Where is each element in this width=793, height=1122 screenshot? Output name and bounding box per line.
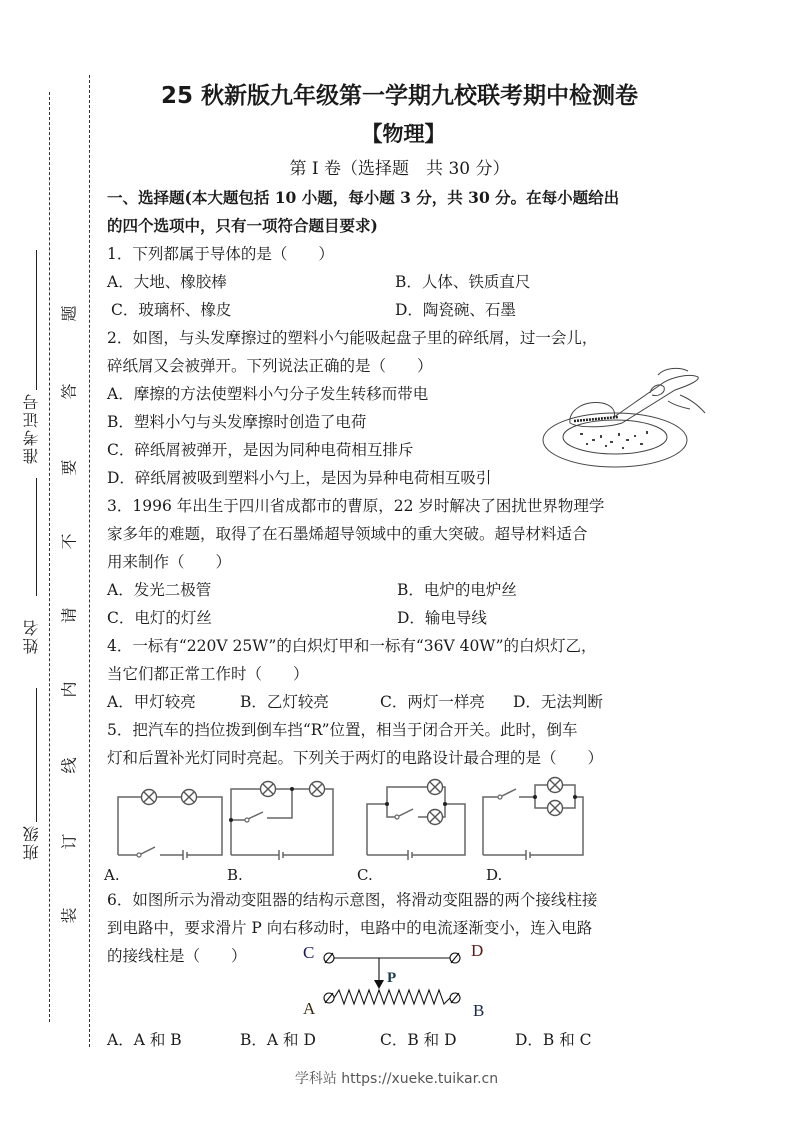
warning-char: 订	[57, 832, 80, 852]
spoon-plate-illustration	[540, 365, 710, 475]
option-c: C．玻璃杯、橡皮	[107, 296, 395, 324]
subject-title: 【物理】	[115, 114, 692, 154]
question-5-stem-cont: 灯和后置补光灯同时亮起。下列关于两灯的电路设计最合理的是（ ）	[107, 744, 692, 772]
binding-line-outer	[49, 92, 50, 1022]
class-label: 班级	[20, 824, 43, 860]
option-b: B．电炉的电炉丝	[397, 576, 517, 604]
option-a: A．大地、橡胶棒	[107, 268, 395, 296]
question-3-options-row1: A．发光二极管 B．电炉的电炉丝	[107, 576, 692, 604]
question-3-stem-cont: 用来制作（ ）	[107, 548, 692, 576]
slider-p-label: P	[387, 970, 396, 986]
circuit-option-d: D.	[486, 866, 502, 884]
warning-char: 请	[57, 606, 80, 626]
name-label: 姓名	[20, 618, 43, 654]
warning-char: 装	[57, 906, 80, 926]
option-d: D．陶瓷碗、石墨	[395, 296, 516, 324]
exam-title: 25 秋新版九年级第一学期九校联考期中检测卷	[107, 78, 692, 114]
option-d: D．无法判断	[513, 688, 603, 716]
circuit-diagrams	[105, 775, 605, 860]
question-2-stem: 2．如图，与头发摩擦过的塑料小勺能吸起盘子里的碎纸屑，过一会儿，	[107, 324, 692, 352]
option-a: A．A 和 B	[107, 1026, 240, 1054]
name-blank-top	[36, 478, 37, 596]
option-b: B．乙灯较亮	[240, 688, 380, 716]
class-blank	[36, 688, 37, 822]
rheostat-diagram: C D A B P	[295, 938, 495, 1020]
terminal-d-label: D	[471, 941, 483, 960]
exam-id-label: 准考证号	[20, 392, 43, 464]
question-6-stem: 6．如图所示为滑动变阻器的结构示意图，将滑动变阻器的两个接线柱接	[107, 886, 692, 914]
question-4-options: A．甲灯较亮 B．乙灯较亮 C．两灯一样亮 D．无法判断	[107, 688, 692, 716]
option-c: C．B 和 D	[380, 1026, 515, 1054]
option-a: A．甲灯较亮	[107, 688, 240, 716]
question-1-options-row1: A．大地、橡胶棒 B．人体、铁质直尺	[107, 268, 692, 296]
option-d: D．B 和 C	[515, 1026, 592, 1054]
option-b: B．A 和 D	[240, 1026, 380, 1054]
circuit-option-c: C.	[357, 866, 373, 884]
warning-char: 不	[57, 532, 80, 552]
circuit-option-b: B.	[227, 866, 243, 884]
option-c: C．两灯一样亮	[380, 688, 513, 716]
question-4-stem-cont: 当它们都正常工作时（ ）	[107, 660, 692, 688]
question-6-options-row: A．A 和 B B．A 和 D C．B 和 D D．B 和 C	[107, 1026, 692, 1054]
warning-char: 答	[57, 382, 80, 402]
option-c: C．电灯的灯丝	[107, 604, 397, 632]
exam-id-blank	[36, 250, 37, 390]
part-title: 第 I 卷（选择题 共 30 分）	[107, 154, 692, 184]
question-3-options-row2: C．电灯的灯丝 D．输电导线	[107, 604, 692, 632]
terminal-b-label: B	[473, 1001, 484, 1020]
section-heading: 一、选择题(本大题包括 10 小题，每小题 3 分，共 30 分。在每小题给出	[107, 184, 692, 212]
warning-char: 内	[57, 680, 80, 700]
terminal-a-label: A	[303, 999, 316, 1018]
question-3-stem-cont: 家多年的难题，取得了在石墨烯超导领域中的重大突破。超导材料适合	[107, 520, 692, 548]
option-d: D．输电导线	[397, 604, 487, 632]
option-a: A．发光二极管	[107, 576, 397, 604]
terminal-c-label: C	[303, 943, 314, 962]
warning-char: 线	[57, 756, 80, 776]
question-3-stem: 3．1996 年出生于四川省成都市的曹原，22 岁时解决了困扰世界物理学	[107, 492, 692, 520]
warning-char: 题	[57, 304, 80, 324]
circuit-option-a: A.	[104, 866, 120, 884]
question-5-stem: 5．把汽车的挡位拨到倒车挡“R”位置，相当于闭合开关。此时，倒车	[107, 716, 692, 744]
watermark: 学科站 https://xueke.tuikar.cn	[0, 1068, 793, 1088]
warning-char: 要	[57, 458, 80, 478]
question-6-options: A．A 和 B B．A 和 D C．B 和 D D．B 和 C	[107, 1026, 692, 1054]
option-b: B．人体、铁质直尺	[395, 268, 530, 296]
question-4-stem: 4．一标有“220V 25W”的白炽灯甲和一标有“36V 40W”的白炽灯乙，	[107, 632, 692, 660]
binding-line-inner	[89, 75, 90, 1047]
question-1-stem: 1．下列都属于导体的是（ ）	[107, 240, 692, 268]
question-1-options-row2: C．玻璃杯、橡皮 D．陶瓷碗、石墨	[107, 296, 692, 324]
section-heading-cont: 的四个选项中，只有一项符合题目要求)	[107, 212, 692, 240]
